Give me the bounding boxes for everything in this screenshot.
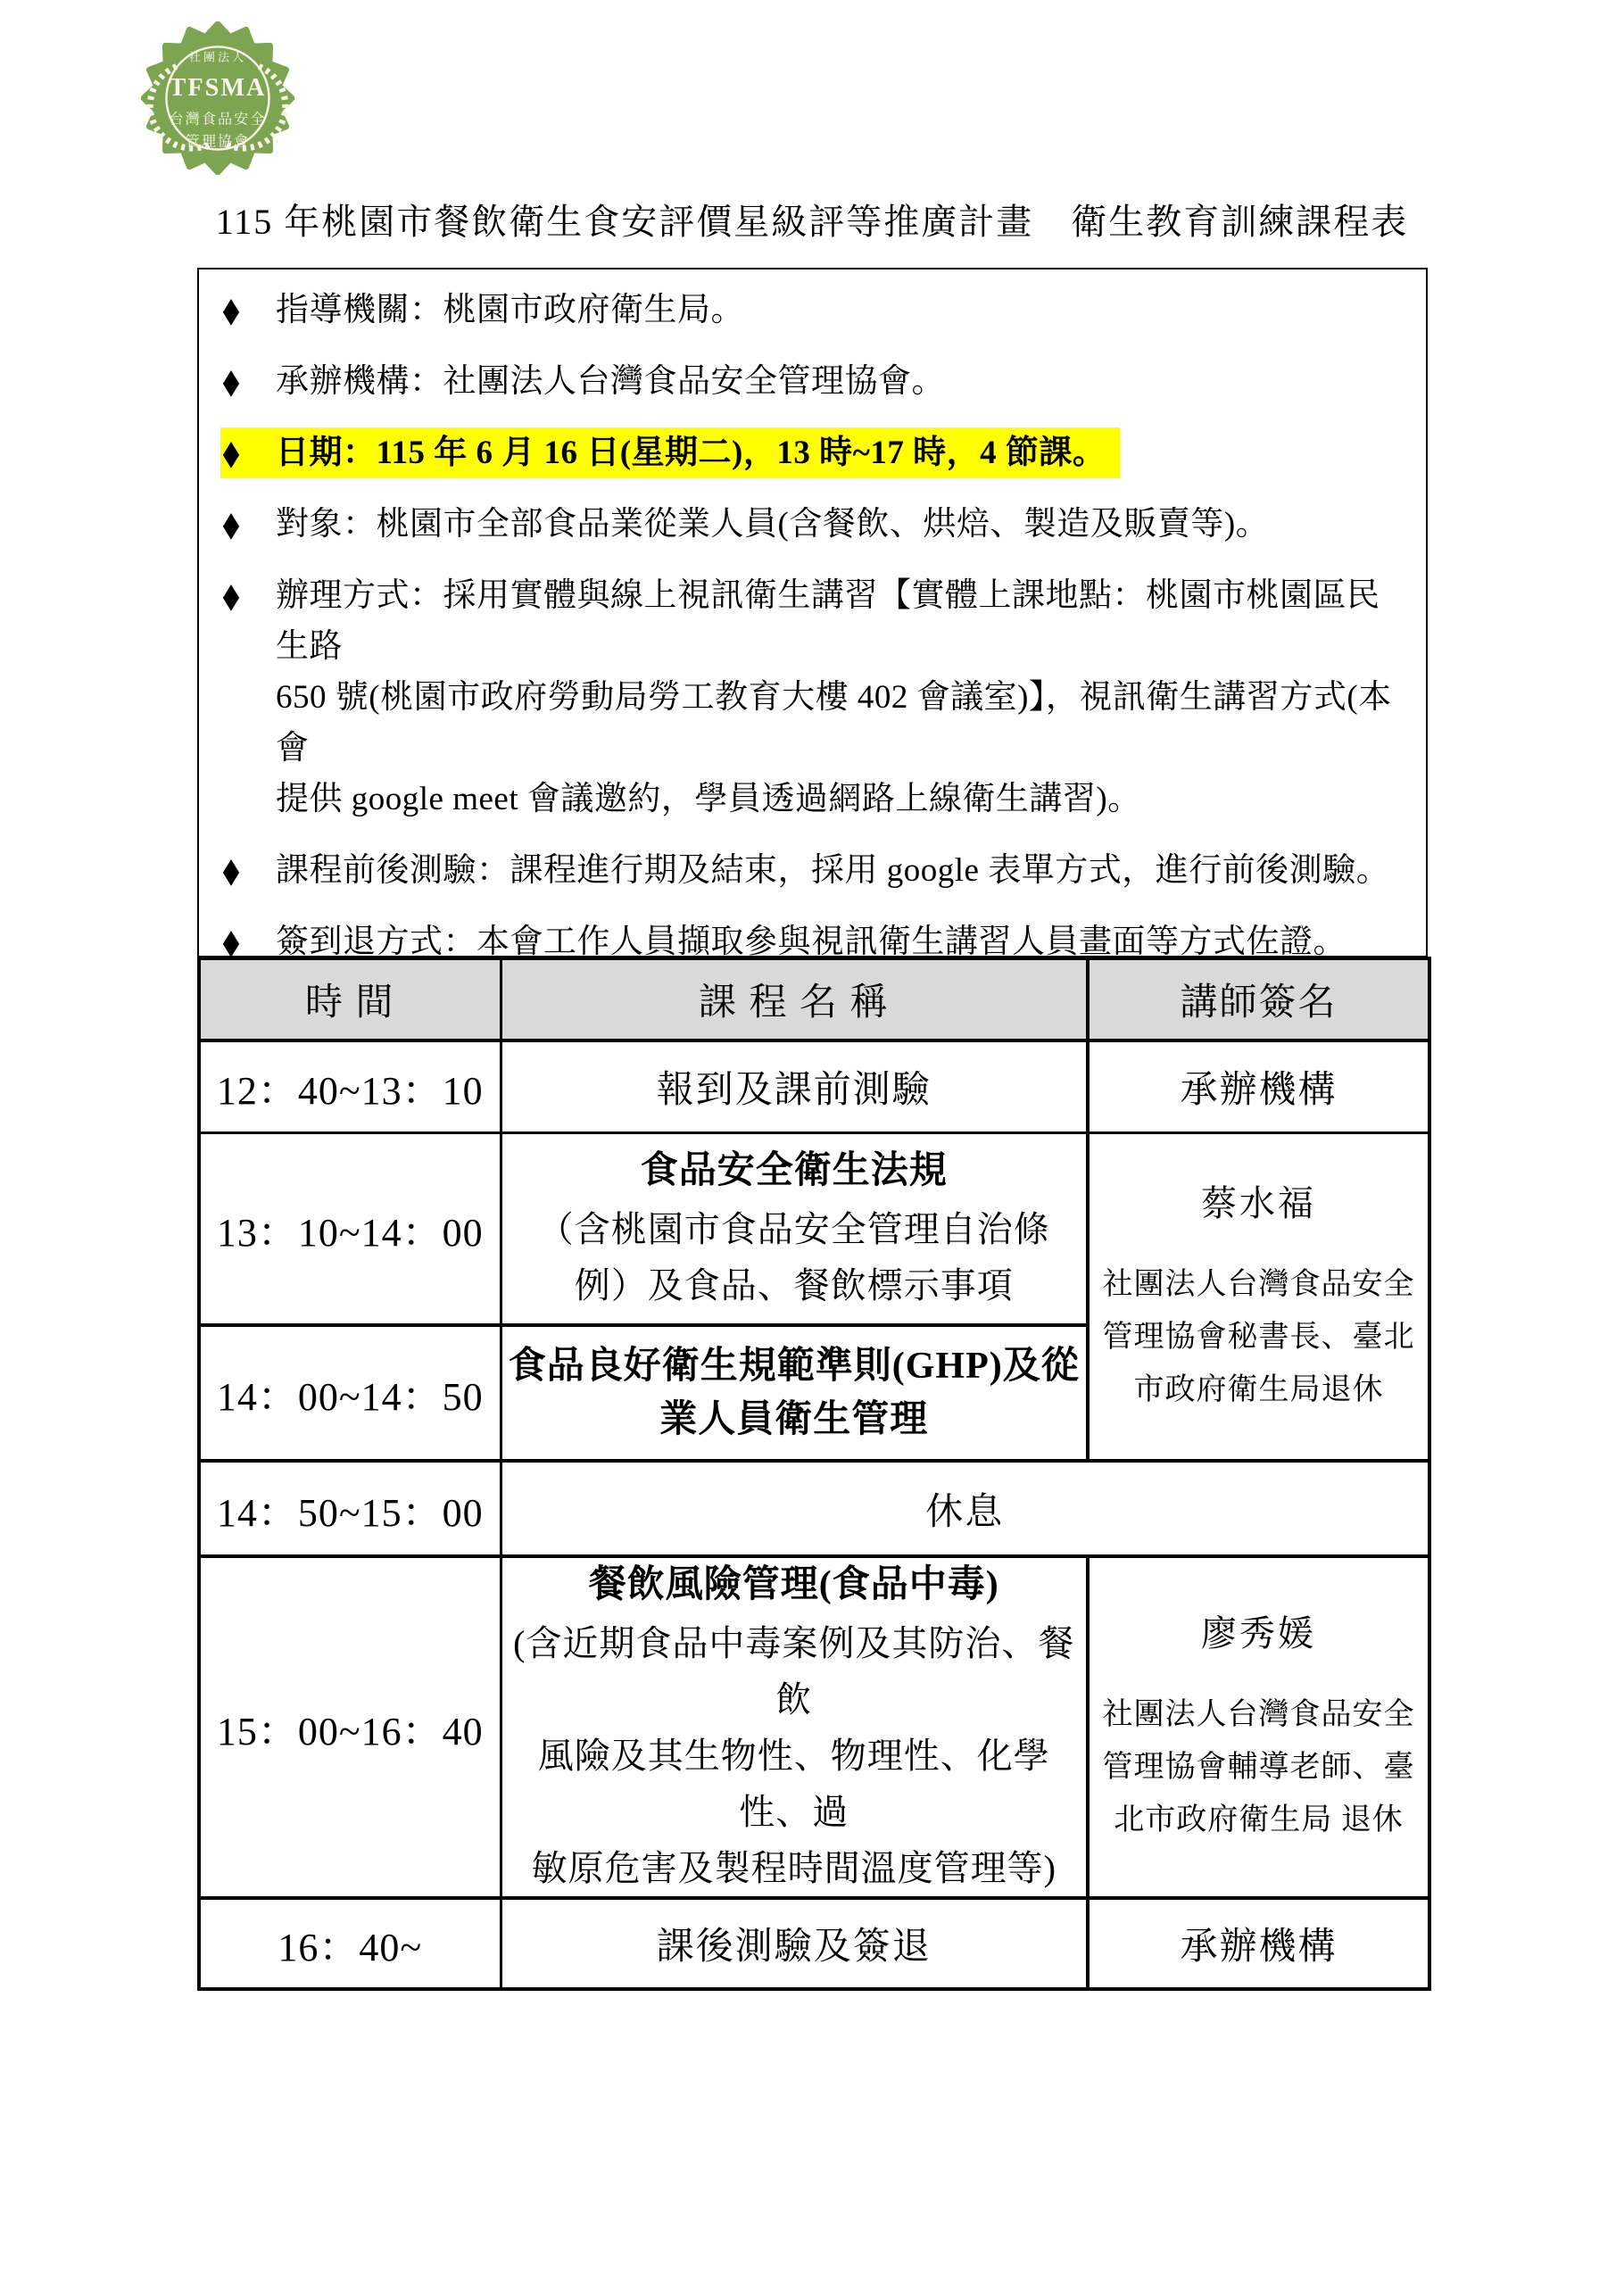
course-cell-break: 休息 bbox=[501, 1461, 1429, 1556]
course-schedule-table: 時 間 課 程 名 稱 講師簽名 12：40~13：10 報到及課前測驗 承辦機… bbox=[197, 957, 1431, 1991]
bullet-text: 日期：115 年 6 月 16 日(星期二)，13 時~17 時，4 節課。 bbox=[276, 427, 1106, 478]
table-row-food-law: 13：10~14：00 食品安全衛生法規 （含桃園市食品安全管理自治條 例）及食… bbox=[199, 1133, 1429, 1326]
instructor-block: 蔡水福 社團法人台灣食品安全 管理協會秘書長、臺北 市政府衛生局退休 bbox=[1095, 1178, 1422, 1416]
instructor-cell: 承辦機構 bbox=[1088, 1898, 1429, 1989]
course-cell: 課後測驗及簽退 bbox=[501, 1898, 1088, 1989]
document-title: 115 年桃園市餐飲衛生食安評價星級評等推廣計畫 衛生教育訓練課程表 bbox=[0, 200, 1624, 245]
course-detail: (含近期食品中毒案例及其防治、餐飲 風險及其生物性、物理性、化學性、過 敏原危害… bbox=[508, 1615, 1081, 1896]
time-cell: 12：40~13：10 bbox=[199, 1040, 501, 1133]
diamond-bullet-icon: ◆ bbox=[223, 419, 268, 485]
diamond-bullet-icon: ◆ bbox=[223, 491, 268, 557]
table-row-checkin: 12：40~13：10 報到及課前測驗 承辦機構 bbox=[199, 1040, 1429, 1133]
instructor-cell-merged: 蔡水福 社團法人台灣食品安全 管理協會秘書長、臺北 市政府衛生局退休 bbox=[1088, 1133, 1429, 1462]
bullet-item-organizer: ◆ 承辦機構：社團法人台灣食品安全管理協會。 bbox=[220, 356, 1412, 407]
diamond-bullet-icon: ◆ bbox=[223, 837, 268, 903]
time-cell: 14：00~14：50 bbox=[199, 1325, 501, 1461]
info-panel: ◆ 指導機關：桃園市政府衛生局。 ◆ 承辦機構：社團法人台灣食品安全管理協會。 … bbox=[197, 268, 1428, 957]
instructor-block: 廖秀媛 社團法人台灣食品安全 管理協會輔導老師、臺 北市政府衛生局 退休 bbox=[1095, 1608, 1422, 1846]
org-seal-logo: 社團法人 TFSMA 台灣食品安全 管理協會 bbox=[123, 21, 312, 175]
table-row-risk-mgmt: 15：00~16：40 餐飲風險管理(食品中毒) (含近期食品中毒案例及其防治、… bbox=[199, 1556, 1429, 1898]
instructor-description: 社團法人台灣食品安全 管理協會秘書長、臺北 市政府衛生局退休 bbox=[1095, 1258, 1422, 1416]
time-cell: 13：10~14：00 bbox=[199, 1133, 501, 1326]
course-cell: 食品良好衛生規範準則(GHP)及從 業人員衛生管理 bbox=[501, 1325, 1088, 1461]
column-header-instructor: 講師簽名 bbox=[1088, 958, 1429, 1040]
bullet-text: 對象：桃園市全部食品業從業人員(含餐飲、烘焙、製造及販賣等)。 bbox=[276, 499, 1269, 550]
course-cell: 餐飲風險管理(食品中毒) (含近期食品中毒案例及其防治、餐飲 風險及其生物性、物… bbox=[501, 1556, 1088, 1898]
bullet-text: 承辦機構：社團法人台灣食品安全管理協會。 bbox=[276, 356, 945, 407]
bullet-item-tests: ◆ 課程前後測驗：課程進行期及結束，採用 google 表單方式，進行前後測驗。 bbox=[220, 845, 1412, 896]
course-title: 餐飲風險管理(食品中毒) bbox=[508, 1558, 1081, 1612]
bullet-item-method: ◆ 辦理方式：採用實體與線上視訊衛生講習【實體上課地點：桃園市桃園區民生路 65… bbox=[220, 570, 1412, 825]
diamond-bullet-icon: ◆ bbox=[223, 277, 268, 343]
bullet-text: 課程前後測驗：課程進行期及結束，採用 google 表單方式，進行前後測驗。 bbox=[276, 845, 1389, 896]
table-row-posttest: 16：40~ 課後測驗及簽退 承辦機構 bbox=[199, 1898, 1429, 1989]
time-cell: 15：00~16：40 bbox=[199, 1556, 501, 1898]
table-header-row: 時 間 課 程 名 稱 講師簽名 bbox=[199, 958, 1429, 1040]
course-detail: （含桃園市食品安全管理自治條 例）及食品、餐飲標示事項 bbox=[508, 1201, 1081, 1314]
seal-org-name-line1: 台灣食品安全 bbox=[170, 111, 267, 127]
time-cell: 14：50~15：00 bbox=[199, 1461, 501, 1556]
bullet-text: 辦理方式：採用實體與線上視訊衛生講習【實體上課地點：桃園市桃園區民生路 650 … bbox=[276, 570, 1412, 825]
page: 社團法人 TFSMA 台灣食品安全 管理協會 115 年桃園市餐飲衛生食安評價星… bbox=[0, 0, 1624, 2296]
diamond-bullet-icon: ◆ bbox=[223, 562, 268, 628]
column-header-time: 時 間 bbox=[199, 958, 501, 1040]
instructor-cell: 承辦機構 bbox=[1088, 1040, 1429, 1133]
table-row-break: 14：50~15：00 休息 bbox=[199, 1461, 1429, 1556]
course-cell: 食品安全衛生法規 （含桃園市食品安全管理自治條 例）及食品、餐飲標示事項 bbox=[501, 1133, 1088, 1326]
seal-acronym: TFSMA bbox=[170, 74, 267, 102]
column-header-course: 課 程 名 稱 bbox=[501, 958, 1088, 1040]
bullet-text: 指導機關：桃園市政府衛生局。 bbox=[276, 285, 744, 336]
instructor-name: 蔡水福 bbox=[1095, 1178, 1422, 1230]
instructor-cell: 廖秀媛 社團法人台灣食品安全 管理協會輔導老師、臺 北市政府衛生局 退休 bbox=[1088, 1556, 1429, 1898]
seal-org-type: 社團法人 bbox=[189, 50, 247, 64]
bullet-item-date-highlighted: ◆ 日期：115 年 6 月 16 日(星期二)，13 時~17 時，4 節課。 bbox=[220, 427, 1120, 478]
course-title: 食品良好衛生規範準則(GHP)及從 業人員衛生管理 bbox=[508, 1339, 1081, 1446]
bullet-item-supervisor: ◆ 指導機關：桃園市政府衛生局。 bbox=[220, 285, 1412, 336]
course-cell: 報到及課前測驗 bbox=[501, 1040, 1088, 1133]
instructor-name: 廖秀媛 bbox=[1095, 1608, 1422, 1660]
seal-org-name-line2: 管理協會 bbox=[186, 134, 251, 150]
instructor-description: 社團法人台灣食品安全 管理協會輔導老師、臺 北市政府衛生局 退休 bbox=[1095, 1688, 1422, 1846]
time-cell: 16：40~ bbox=[199, 1898, 501, 1989]
bullet-item-audience: ◆ 對象：桃園市全部食品業從業人員(含餐飲、烘焙、製造及販賣等)。 bbox=[220, 499, 1412, 550]
course-title: 食品安全衛生法規 bbox=[508, 1144, 1081, 1198]
diamond-bullet-icon: ◆ bbox=[223, 348, 268, 414]
